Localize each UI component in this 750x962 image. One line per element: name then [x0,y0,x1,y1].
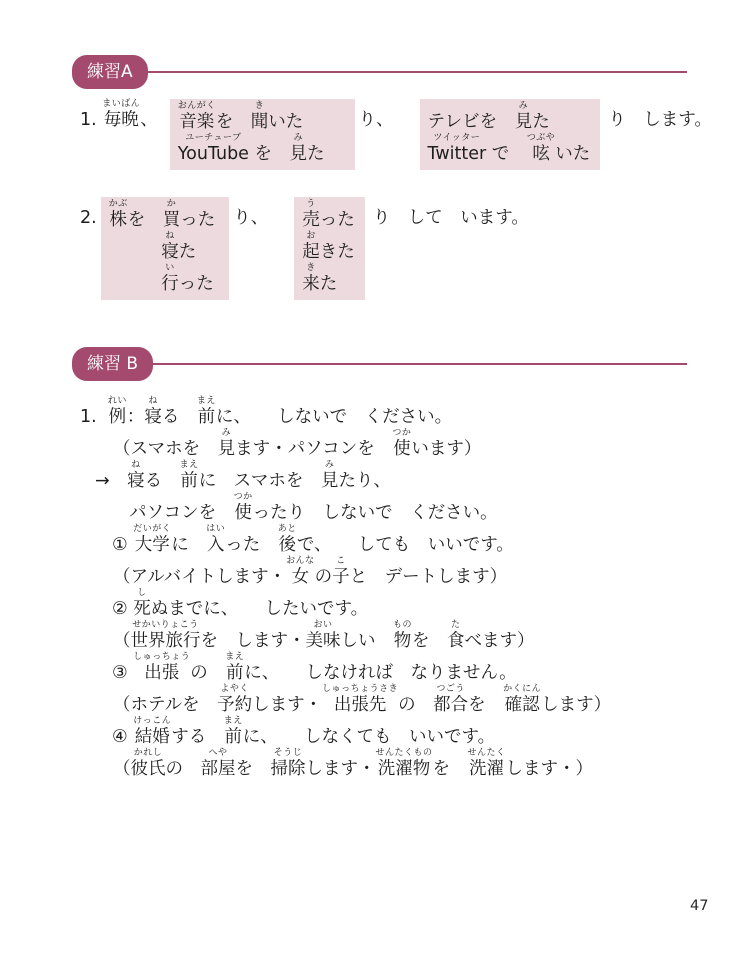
text-segment: に [171,524,206,556]
text-segment [109,263,162,295]
ruby-segment: ね寝 [144,396,162,428]
text-segment: パソコンを [129,492,234,524]
text-segment: します） [541,684,611,716]
section-a-badge: 練習A [72,55,148,89]
text-segment: で、 しても いいです。 [297,524,514,556]
ruby-segment: み見 [218,428,236,460]
practice-b-list: 1. れい例：ね寝る まえ前に、 しないで ください。（スマホを み見ます・パソ… [80,396,611,780]
practice-b-line-8: （せかいりょこう世界旅行を します・おい美味しい もの物を た食べます） [113,620,611,652]
ruby-segment: まえ前 [180,460,199,492]
text-segment: を [128,199,163,231]
ruby-segment: へや部屋 [201,748,236,780]
ruby-segment: う売 [302,199,320,231]
text-segment: った [320,199,355,231]
ruby-segment: つごう都合 [433,684,468,716]
text-segment: を します・ [201,620,306,652]
text-segment: します・ [252,684,322,716]
text-segment: た [179,231,197,263]
text-segment: た [320,263,338,295]
practice-b-line-2: （スマホを み見ます・パソコンを つか使います） [113,428,611,460]
practice-b-line-9: ③ しゅっちょう出張の まえ前に、 しなければ なりません。 [112,652,611,684]
ruby-segment: かれし彼氏 [131,748,166,780]
highlight-box-1b: テレビを み見た ツイッターTwitter で つぶや呟いた [420,99,601,170]
ruby-segment: み見 [290,133,308,165]
text-segment: の [190,652,225,684]
text-segment: に、 しないで ください。 [216,396,452,428]
text-segment: り します。 [608,99,712,131]
text-segment: で [486,133,527,165]
item1-box2-row1: テレビを み見た [428,101,591,133]
text-segment: り、 [233,197,268,229]
text-segment: ます・パソコンを [235,428,392,460]
ruby-segment: けっこん結婚 [133,716,171,748]
item1-box1-row2: ユーチューブYouTube を み見た [178,133,325,165]
text-segment: きた [320,231,355,263]
ruby-segment: せんたく洗濯 [468,748,506,780]
text-segment: った [225,524,278,556]
ruby-segment: ユーチューブYouTube [178,133,249,165]
text-segment: を [216,101,251,133]
ruby-segment: よやく予約 [217,684,252,716]
section-b-title: 練習 B [87,347,138,381]
text-segment: 、 [140,99,158,131]
practice-b-line-7: ② し死ぬまでに、 したいです。 [112,588,611,620]
ruby-segment: し死 [133,588,151,620]
ruby-segment: もの物 [393,620,412,652]
highlight-box-2b: う売った お起きた き来た [294,197,365,300]
text-segment: います） [411,428,481,460]
ruby-segment: まえ前 [197,396,216,428]
ruby-segment: だいがく大学 [133,524,171,556]
item1-box1-row1: おんがく音楽を き聞いた [178,101,325,133]
ruby-segment: あと後 [278,524,297,556]
text-segment: を [412,620,447,652]
text-segment: を [236,748,271,780]
practice-b-line-1: 1. れい例：ね寝る まえ前に、 しないで ください。 [80,396,611,428]
practice-b-line-6: （アルバイトします・おんな女のこ子と デートします） [113,556,611,588]
textbook-page: 練習A 1. まいばん毎晩、 おんがく音楽を き聞いた ユーチューブYouTub… [0,0,750,962]
ruby-segment: ね寝 [127,460,145,492]
text-segment: を [468,684,503,716]
ruby-segment: まえ前 [224,716,243,748]
text-segment: たり、 [338,460,391,492]
ruby-segment: せかいりょこう世界旅行 [131,620,201,652]
text-segment: します・） [506,748,594,780]
ruby-segment: き聞 [251,101,269,133]
practice-b-line-10: （ホテルを よやく予約します・しゅっちょうさき出張先の つごう都合を かくにん確… [113,684,611,716]
text-segment: いた [555,133,590,165]
text-segment: → [95,460,127,492]
text-segment: ② [112,588,133,620]
ruby-segment: かぶ株 [109,199,128,231]
ruby-segment: こ子 [332,556,350,588]
ruby-segment: せんたくもの洗濯物 [376,748,433,780]
text-segment: り、 [359,99,394,131]
ruby-segment: そうじ掃除 [271,748,306,780]
text-segment: の [315,556,333,588]
text-segment: ④ [112,716,133,748]
item2-box1-row2: ね寝た [109,231,216,263]
item2-mid: り、 [233,197,268,229]
text-segment: （スマホを [113,428,218,460]
text-segment: ったり しないで ください。 [253,492,498,524]
section-a-rule [146,71,687,73]
text-segment: いた [268,101,303,133]
item2-tail: り して います。 [373,197,529,229]
ruby-segment: い行 [161,263,179,295]
text-segment: に、 しなくても いいです。 [243,716,495,748]
ruby-segment: はい入 [206,524,225,556]
ruby-segment: つか使 [234,492,253,524]
item1-mid: り、 [359,99,394,131]
text-segment: 1. [80,99,102,131]
ruby-segment: か買 [163,199,181,231]
text-segment: 2. [80,197,97,229]
text-segment: 1. [80,396,108,428]
item1-box2-row2: ツイッターTwitter で つぶや呟いた [428,133,591,165]
item1-tail: り します。 [608,99,712,131]
ruby-segment: おんがく音楽 [178,101,216,133]
item2-box2-row3: き来た [302,263,355,295]
highlight-box-1a: おんがく音楽を き聞いた ユーチューブYouTube を み見た [170,99,355,170]
section-b-badge: 練習 B [72,347,153,381]
ruby-segment: み見 [515,101,533,133]
text-segment: った [179,263,214,295]
item2-box2-row2: お起きた [302,231,355,263]
text-segment: （ホテルを [113,684,217,716]
ruby-segment: れい例 [108,396,127,428]
text-segment: ぬまでに、 したいです。 [151,588,368,620]
ruby-segment: まえ前 [225,652,244,684]
ruby-segment: おい美味 [306,620,341,652]
highlight-box-2a: かぶ株を か買った ね寝た い行った [101,197,230,300]
section-b-rule [151,363,687,365]
text-segment: の [398,684,433,716]
item2-box1-row1: かぶ株を か買った [109,199,216,231]
text-segment: （ [113,748,131,780]
ruby-segment: しゅっちょうさき出張先 [322,684,398,716]
ruby-segment: み見 [321,460,339,492]
practice-b-line-3: → ね寝る まえ前に スマホを み見たり、 [95,460,611,492]
item1-lead: 1. まいばん毎晩、 [80,99,158,131]
text-segment: った [180,199,215,231]
ruby-segment: かくにん確認 [503,684,541,716]
text-segment: テレビを [428,101,515,133]
text-segment: た [307,133,325,165]
ruby-segment: お起 [302,231,320,263]
item2-lead: 2. [80,197,97,229]
ruby-segment: しゅっちょう出張 [133,652,190,684]
text-segment: （ [113,620,131,652]
ruby-segment: ツイッターTwitter [428,133,487,165]
item2-box1-row3: い行った [109,263,216,295]
practice-b-line-4: パソコンを つか使ったり しないで ください。 [129,492,611,524]
section-a-header: 練習A [72,55,687,89]
text-segment: します・ [306,748,376,780]
text-segment: を [249,133,290,165]
ruby-segment: つぶや呟 [527,133,556,165]
text-segment: た [532,101,550,133]
ruby-segment: おんな女 [286,556,315,588]
ruby-segment: まいばん毎晩 [102,99,140,131]
text-segment: べます） [465,620,535,652]
ruby-segment: き来 [302,263,320,295]
ruby-segment: ね寝 [161,231,179,263]
section-b-header: 練習 B [72,347,687,381]
ruby-segment: つか使 [392,428,411,460]
text-segment: る [145,460,180,492]
text-segment: を [433,748,468,780]
practice-b-line-12: （かれし彼氏の へや部屋を そうじ掃除します・せんたくもの洗濯物を せんたく洗濯… [113,748,611,780]
text-segment: ③ [112,652,133,684]
practice-b-line-11: ④ けっこん結婚する まえ前に、 しなくても いいです。 [112,716,611,748]
section-a-title: 練習A [87,55,133,89]
text-segment: する [171,716,224,748]
text-segment: ： [127,396,145,428]
text-segment: に、 しなければ なりません。 [244,652,516,684]
practice-a-item-2: 2. かぶ株を か買った ね寝た い行った り、 う売った お起きた き来た り… [80,197,529,300]
page-number: 47 [690,898,708,914]
text-segment: る [162,396,197,428]
text-segment [109,231,162,263]
text-segment: の [166,748,201,780]
text-segment: と デートします） [350,556,508,588]
practice-b-line-5: ① だいがく大学に はい入った あと後で、 しても いいです。 [112,524,611,556]
practice-a-item-1: 1. まいばん毎晩、 おんがく音楽を き聞いた ユーチューブYouTube を … [80,99,712,170]
text-segment: に スマホを [199,460,321,492]
text-segment: しい [341,620,394,652]
ruby-segment: た食 [447,620,465,652]
text-segment: り して います。 [373,197,529,229]
item2-box2-row1: う売った [302,199,355,231]
text-segment: （アルバイトします・ [113,556,286,588]
text-segment: ① [112,524,133,556]
